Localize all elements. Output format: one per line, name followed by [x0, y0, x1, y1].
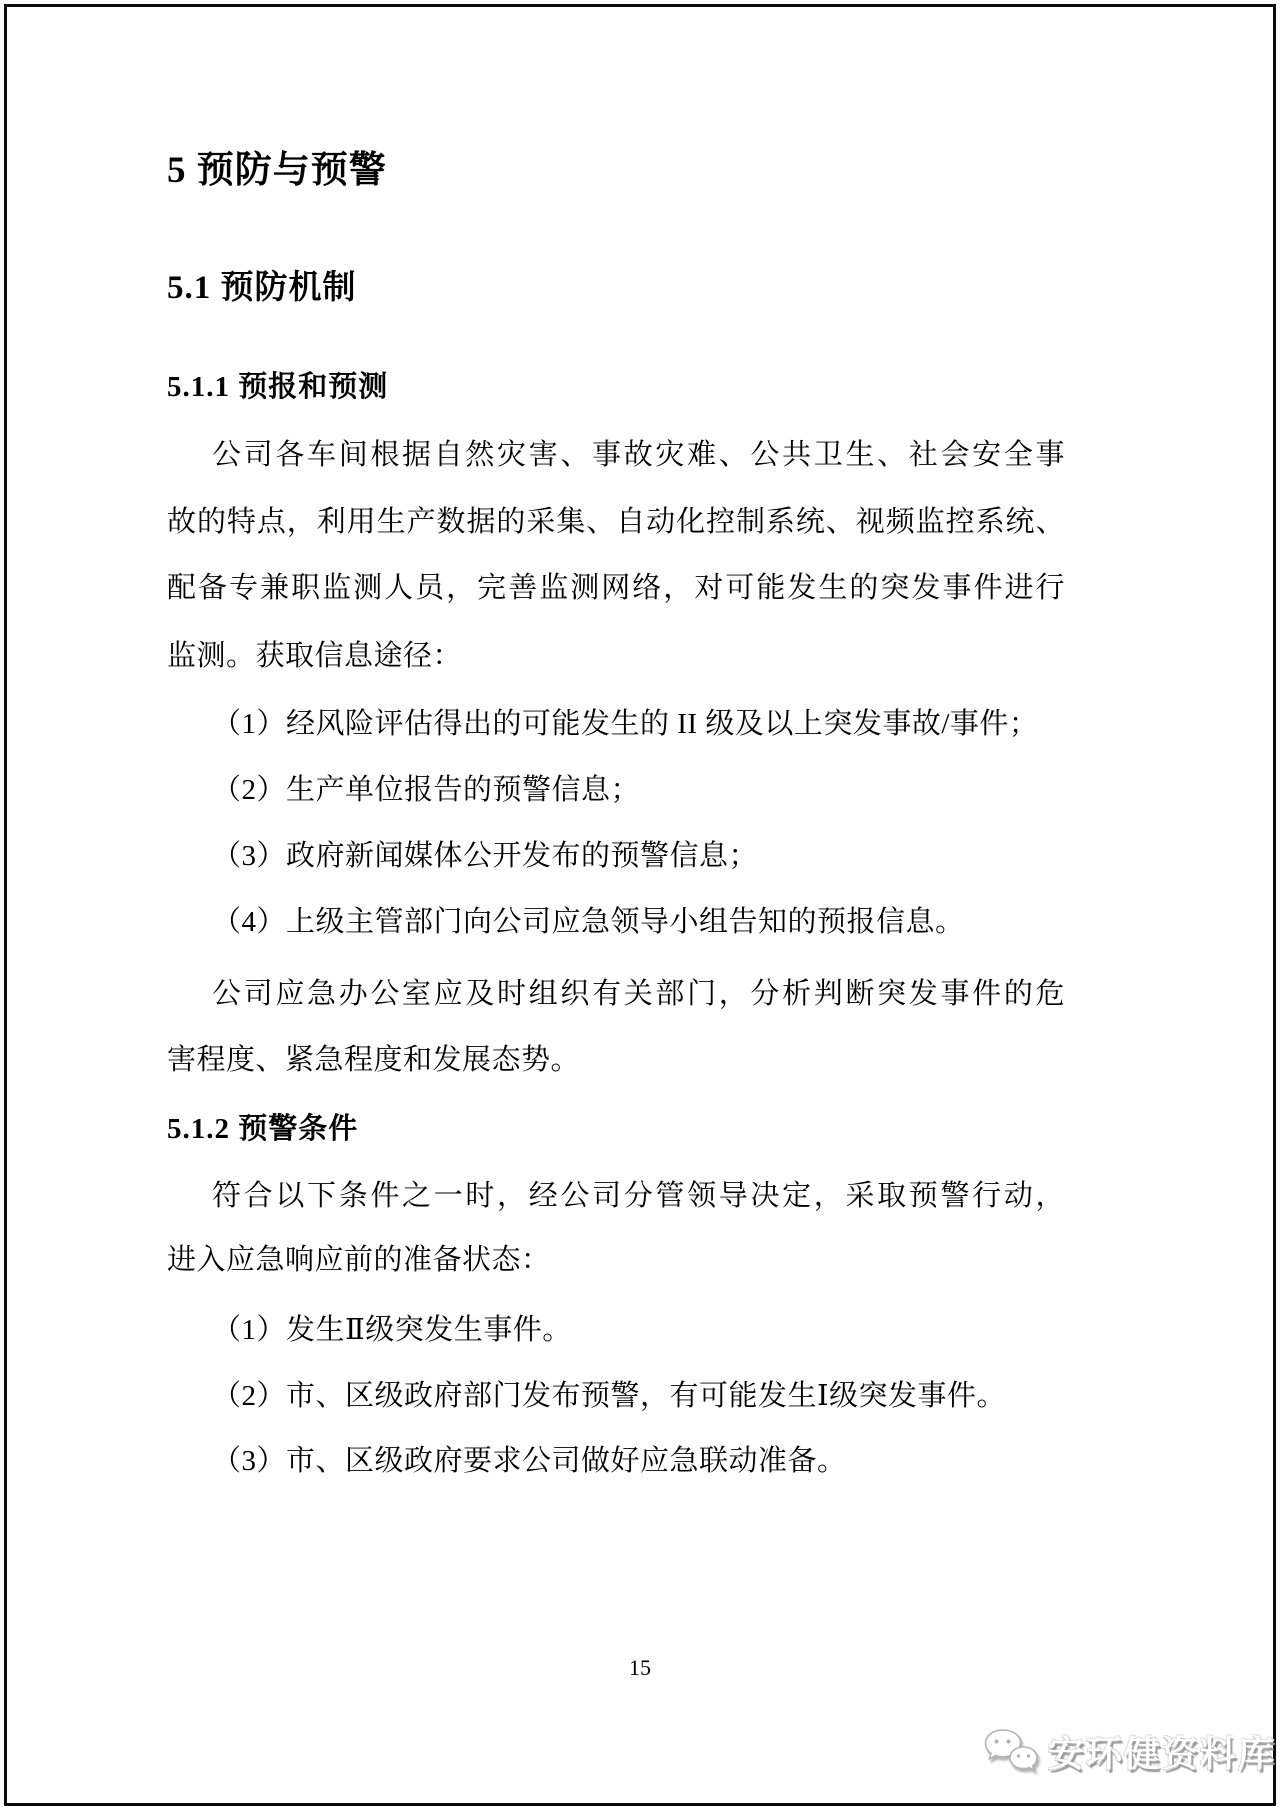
- paragraph-line: 公司各车间根据自然灾害、事故灾难、公共卫生、社会安全事: [167, 439, 1065, 472]
- watermark: 安环健资料库: [982, 1726, 1276, 1777]
- list-item: （2）生产单位报告的预警信息；: [167, 774, 1065, 807]
- paragraph-line: 配备专兼职监测人员，完善监测网络，对可能发生的突发事件进行: [167, 572, 1065, 605]
- wechat-chat-bubbles-icon: [982, 1727, 1040, 1777]
- paragraph-line: 害程度、紧急程度和发展态势。: [167, 1044, 1065, 1077]
- list-item: （4）上级主管部门向公司应急领导小组告知的预报信息。: [167, 906, 1065, 939]
- chapter-heading: 5 预防与预警: [167, 150, 1065, 193]
- list-item: （2）市、区级政府部门发布预警，有可能发生Ⅰ级突发事件。: [167, 1380, 1065, 1413]
- document-page: 5 预防与预警 5.1 预防机制 5.1.1 预报和预测 公司各车间根据自然灾害…: [0, 0, 1280, 1810]
- list-item: （3）政府新闻媒体公开发布的预警信息；: [167, 840, 1065, 873]
- paragraph-line: 公司应急办公室应及时组织有关部门，分析判断突发事件的危: [167, 978, 1065, 1011]
- paragraph-line: 进入应急响应前的准备状态：: [167, 1244, 1065, 1277]
- page-number: 15: [0, 1655, 1280, 1681]
- subsection-heading-5-1-1: 5.1.1 预报和预测: [167, 371, 1065, 404]
- paragraph-line: 故的特点，利用生产数据的采集、自动化控制系统、视频监控系统、: [167, 506, 1065, 539]
- paragraph-line: 符合以下条件之一时，经公司分管领导决定，采取预警行动，: [167, 1180, 1065, 1213]
- section-heading-5-1: 5.1 预防机制: [167, 270, 1065, 308]
- list-item: （1）经风险评估得出的可能发生的 II 级及以上突发事故/事件；: [167, 708, 1065, 741]
- list-item: （3）市、区级政府要求公司做好应急联动准备。: [167, 1445, 1065, 1478]
- watermark-label: 安环健资料库: [1048, 1726, 1276, 1777]
- paragraph-line: 监测。获取信息途径：: [167, 640, 1065, 673]
- subsection-heading-5-1-2: 5.1.2 预警条件: [167, 1113, 1065, 1146]
- list-item: （1）发生Ⅱ级突发生事件。: [167, 1314, 1065, 1347]
